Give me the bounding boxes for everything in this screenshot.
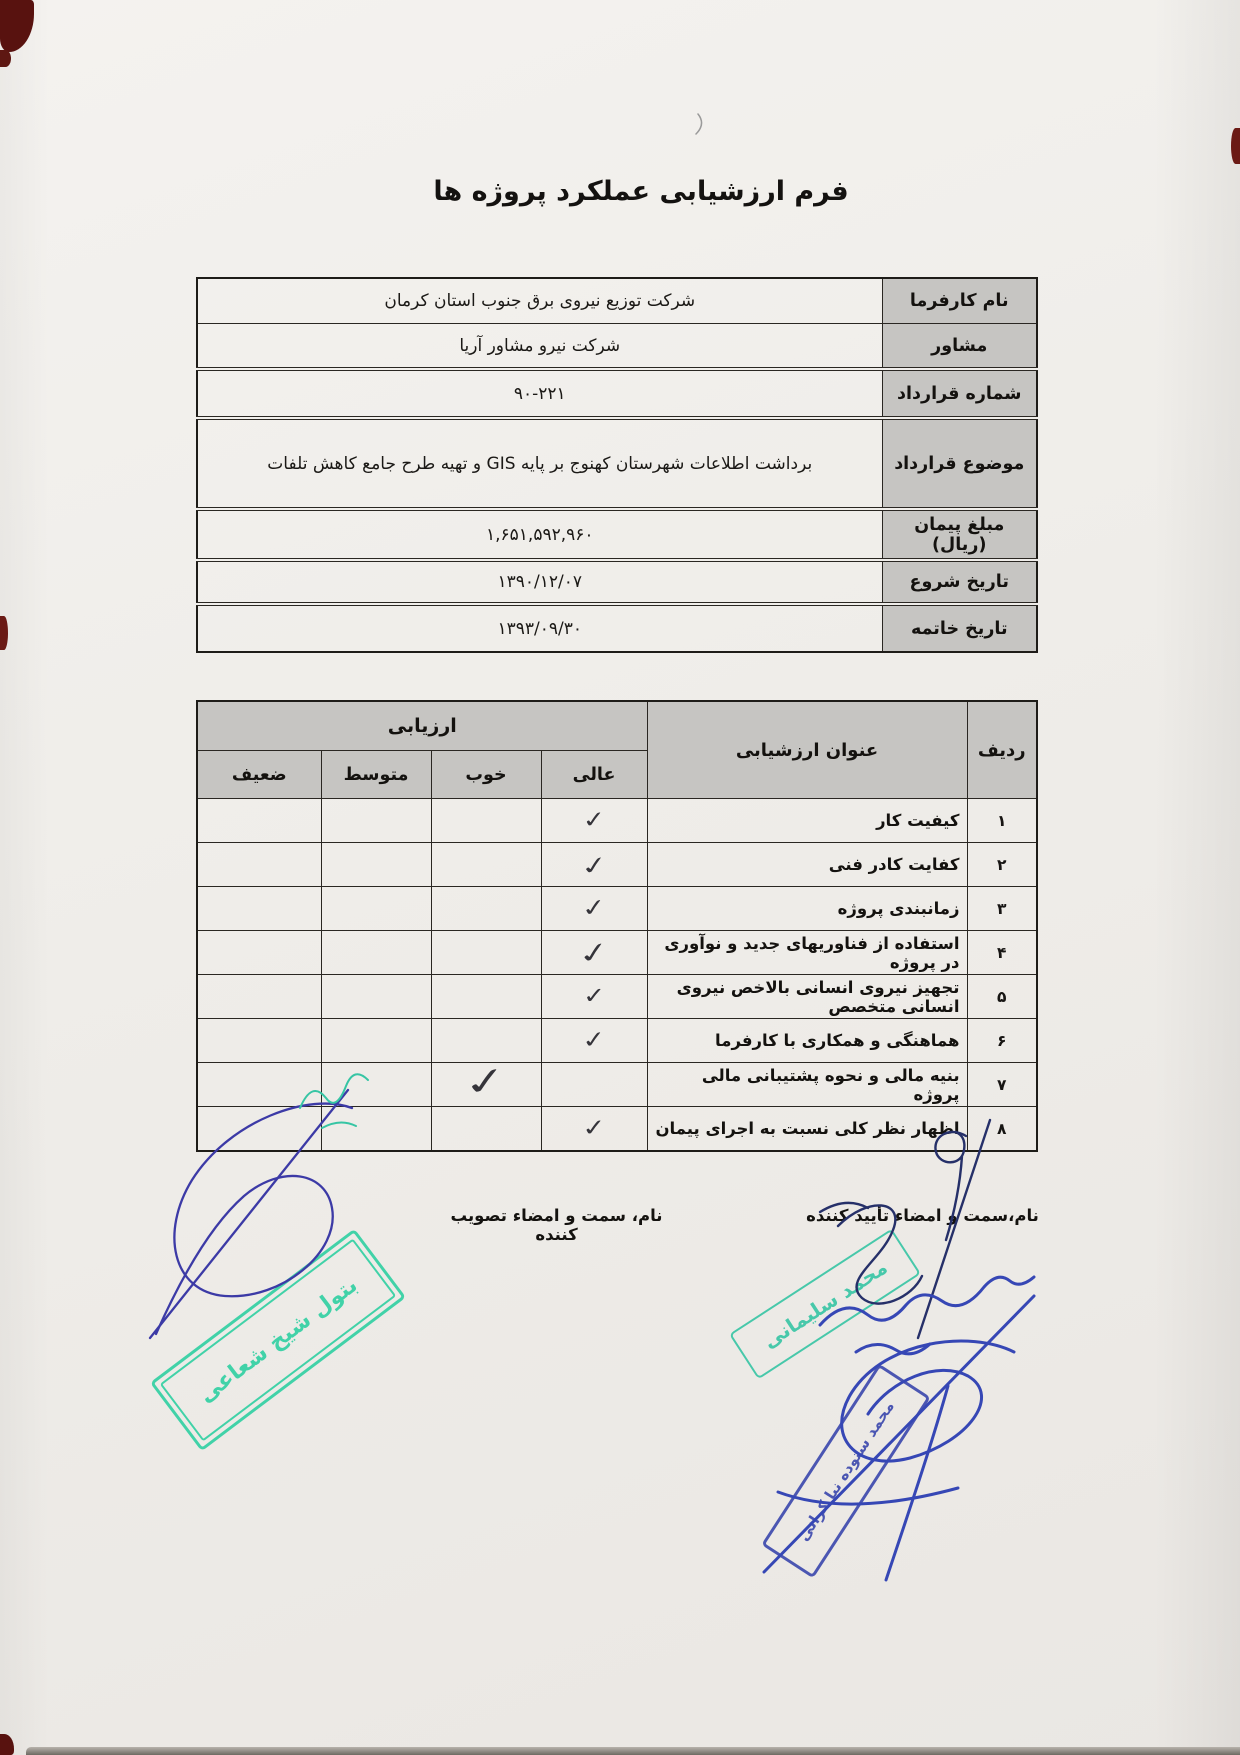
grade-cell-خوب bbox=[431, 1019, 541, 1063]
eval-row-2: ۲کفایت کادر فنی✓ bbox=[197, 843, 1037, 887]
scan-artifact-top-left-2 bbox=[0, 50, 11, 67]
row-number: ۲ bbox=[967, 843, 1037, 887]
header-grade-weak: ضعیف bbox=[197, 751, 321, 799]
evaluation-criterion: کیفیت کار bbox=[647, 799, 967, 843]
evaluation-criterion: استفاده از فناوریهای جدید و نوآوری در پر… bbox=[647, 931, 967, 975]
grade-cell-ضعیف bbox=[197, 931, 321, 975]
info-label: مشاور bbox=[882, 324, 1037, 370]
checkmark: ✓ bbox=[578, 852, 610, 880]
evaluation-criterion: بنیه مالی و نحوه پشتیبانی مالی پروژه bbox=[647, 1063, 967, 1107]
info-label: تاریخ شروع bbox=[882, 560, 1037, 604]
grade-cell-عالی: ✓ bbox=[541, 975, 647, 1019]
header-assessment-group: ارزیابی bbox=[197, 701, 647, 751]
eval-header-row-1: ردیف عنوان ارزشیابی ارزیابی bbox=[197, 701, 1037, 751]
approver-stamp-name: بتول شیخ شعاعی bbox=[194, 1272, 362, 1407]
eval-row-8: ۸اظهار نظر کلی نسبت به اجرای پیمان✓ bbox=[197, 1107, 1037, 1152]
scan-artifact-left-edge bbox=[0, 616, 8, 650]
grade-cell-خوب bbox=[431, 799, 541, 843]
grade-cell-متوسط bbox=[321, 931, 431, 975]
grade-cell-متوسط bbox=[321, 843, 431, 887]
grade-cell-ضعیف bbox=[197, 1063, 321, 1107]
confirmer-signature-label: نام،سمت و امضاء تأیید کننده bbox=[800, 1206, 1045, 1225]
info-row-1: نام کارفرماشرکت توزیع نیروی برق جنوب است… bbox=[197, 278, 1037, 324]
checkmark: ✓ bbox=[460, 1063, 510, 1103]
row-number: ۳ bbox=[967, 887, 1037, 931]
grade-cell-عالی: ✓ bbox=[541, 799, 647, 843]
grade-cell-خوب bbox=[431, 843, 541, 887]
scan-artifact-right-edge bbox=[1231, 128, 1240, 164]
info-label: شماره قرارداد bbox=[882, 369, 1037, 418]
grade-cell-عالی bbox=[541, 1063, 647, 1107]
confirmer-signature bbox=[820, 1120, 990, 1338]
info-row-2: مشاورشرکت نیرو مشاور آریا bbox=[197, 324, 1037, 370]
info-value: شرکت نیرو مشاور آریا bbox=[197, 324, 882, 370]
info-value: ۱۳۹۰/۱۲/۰۷ bbox=[197, 560, 882, 604]
info-row-5: مبلغ پیمان (ریال)۱,۶۵۱,۵۹۲,۹۶۰ bbox=[197, 509, 1037, 560]
scan-artifact-bottom-left bbox=[0, 1734, 14, 1755]
checkmark: ✓ bbox=[581, 1028, 608, 1053]
info-row-7: تاریخ خاتمه۱۳۹۳/۰۹/۳۰ bbox=[197, 604, 1037, 652]
grade-cell-خوب bbox=[431, 1107, 541, 1152]
evaluation-criterion: زمانبندی پروژه bbox=[647, 887, 967, 931]
scan-artifact-bottom-edge bbox=[26, 1747, 1240, 1755]
row-number: ۸ bbox=[967, 1107, 1037, 1152]
grade-cell-ضعیف bbox=[197, 1107, 321, 1152]
row-number: ۴ bbox=[967, 931, 1037, 975]
evaluation-criterion: کفایت کادر فنی bbox=[647, 843, 967, 887]
row-number: ۱ bbox=[967, 799, 1037, 843]
grade-cell-ضعیف bbox=[197, 975, 321, 1019]
evaluation-criterion: تجهیز نیروی انسانی بالاخص نیروی انسانی م… bbox=[647, 975, 967, 1019]
info-value: ۹۰-۲۲۱ bbox=[197, 369, 882, 418]
scan-artifact-top-left bbox=[0, 0, 34, 52]
eval-row-6: ۶هماهنگی و همکاری با کارفرما✓ bbox=[197, 1019, 1037, 1063]
page-title: فرم ارزشیابی عملکرد پروژه ها bbox=[391, 176, 891, 207]
grade-cell-عالی: ✓ bbox=[541, 1019, 647, 1063]
confirmer-stamp-name: محمد سلیمانی bbox=[758, 1255, 891, 1353]
checkmark: ✓ bbox=[581, 1116, 607, 1140]
evaluation-criterion: اظهار نظر کلی نسبت به اجرای پیمان bbox=[647, 1107, 967, 1152]
grade-cell-عالی: ✓ bbox=[541, 887, 647, 931]
checkmark: ✓ bbox=[575, 937, 613, 969]
stray-pen-mark bbox=[696, 114, 702, 134]
grade-cell-متوسط bbox=[321, 975, 431, 1019]
approver-signature-label: نام، سمت و امضاء تصویب کننده bbox=[434, 1206, 679, 1244]
info-row-6: تاریخ شروع۱۳۹۰/۱۲/۰۷ bbox=[197, 560, 1037, 604]
grade-cell-خوب bbox=[431, 931, 541, 975]
row-number: ۵ bbox=[967, 975, 1037, 1019]
header-grade-average: متوسط bbox=[321, 751, 431, 799]
checkmark: ✓ bbox=[583, 985, 606, 1008]
grade-cell-خوب: ✓ bbox=[431, 1063, 541, 1107]
evaluation-criterion: هماهنگی و همکاری با کارفرما bbox=[647, 1019, 967, 1063]
grade-cell-متوسط bbox=[321, 1107, 431, 1152]
grade-cell-ضعیف bbox=[197, 1019, 321, 1063]
info-label: تاریخ خاتمه bbox=[882, 604, 1037, 652]
bottom-signature bbox=[764, 1277, 1034, 1580]
bottom-stamp-name: محمد ستوده نیا کرانی bbox=[794, 1398, 898, 1544]
checkmark: ✓ bbox=[581, 808, 606, 832]
header-row-number: ردیف bbox=[967, 701, 1037, 799]
info-value: برداشت اطلاعات شهرستان کهنوج بر پایه GIS… bbox=[197, 418, 882, 509]
grade-cell-عالی: ✓ bbox=[541, 931, 647, 975]
grade-cell-خوب bbox=[431, 975, 541, 1019]
info-value: ۱۳۹۳/۰۹/۳۰ bbox=[197, 604, 882, 652]
grade-cell-متوسط bbox=[321, 799, 431, 843]
eval-row-1: ۱کیفیت کار✓ bbox=[197, 799, 1037, 843]
eval-row-5: ۵تجهیز نیروی انسانی بالاخص نیروی انسانی … bbox=[197, 975, 1037, 1019]
info-row-4: موضوع قراردادبرداشت اطلاعات شهرستان کهنو… bbox=[197, 418, 1037, 509]
grade-cell-متوسط bbox=[321, 1063, 431, 1107]
header-grade-good: خوب bbox=[431, 751, 541, 799]
grade-cell-عالی: ✓ bbox=[541, 1107, 647, 1152]
grade-cell-عالی: ✓ bbox=[541, 843, 647, 887]
grade-cell-ضعیف bbox=[197, 843, 321, 887]
confirmer-stamp: محمد سلیمانی bbox=[729, 1229, 921, 1380]
header-grade-excellent: عالی bbox=[541, 751, 647, 799]
info-label: مبلغ پیمان (ریال) bbox=[882, 509, 1037, 560]
info-row-3: شماره قرارداد۹۰-۲۲۱ bbox=[197, 369, 1037, 418]
checkmark: ✓ bbox=[580, 896, 608, 922]
eval-row-7: ۷بنیه مالی و نحوه پشتیبانی مالی پروژه✓ bbox=[197, 1063, 1037, 1107]
row-number: ۷ bbox=[967, 1063, 1037, 1107]
info-value: شرکت توزیع نیروی برق جنوب استان کرمان bbox=[197, 278, 882, 324]
grade-cell-متوسط bbox=[321, 1019, 431, 1063]
grade-cell-ضعیف bbox=[197, 887, 321, 931]
eval-row-4: ۴استفاده از فناوریهای جدید و نوآوری در پ… bbox=[197, 931, 1037, 975]
info-label: موضوع قرارداد bbox=[882, 418, 1037, 509]
grade-cell-خوب bbox=[431, 887, 541, 931]
evaluation-table: ردیف عنوان ارزشیابی ارزیابی عالی خوب متو… bbox=[196, 700, 1038, 1152]
row-number: ۶ bbox=[967, 1019, 1037, 1063]
grade-cell-متوسط bbox=[321, 887, 431, 931]
info-value: ۱,۶۵۱,۵۹۲,۹۶۰ bbox=[197, 509, 882, 560]
header-evaluation-title: عنوان ارزشیابی bbox=[647, 701, 967, 799]
eval-row-3: ۳زمانبندی پروژه✓ bbox=[197, 887, 1037, 931]
scanned-evaluation-form: فرم ارزشیابی عملکرد پروژه ها نام کارفرما… bbox=[0, 0, 1240, 1755]
contract-info-table: نام کارفرماشرکت توزیع نیروی برق جنوب است… bbox=[196, 277, 1038, 653]
grade-cell-ضعیف bbox=[197, 799, 321, 843]
approver-stamp: بتول شیخ شعاعی bbox=[150, 1229, 406, 1452]
info-label: نام کارفرما bbox=[882, 278, 1037, 324]
bottom-stamp: محمد ستوده نیا کرانی bbox=[761, 1364, 931, 1579]
